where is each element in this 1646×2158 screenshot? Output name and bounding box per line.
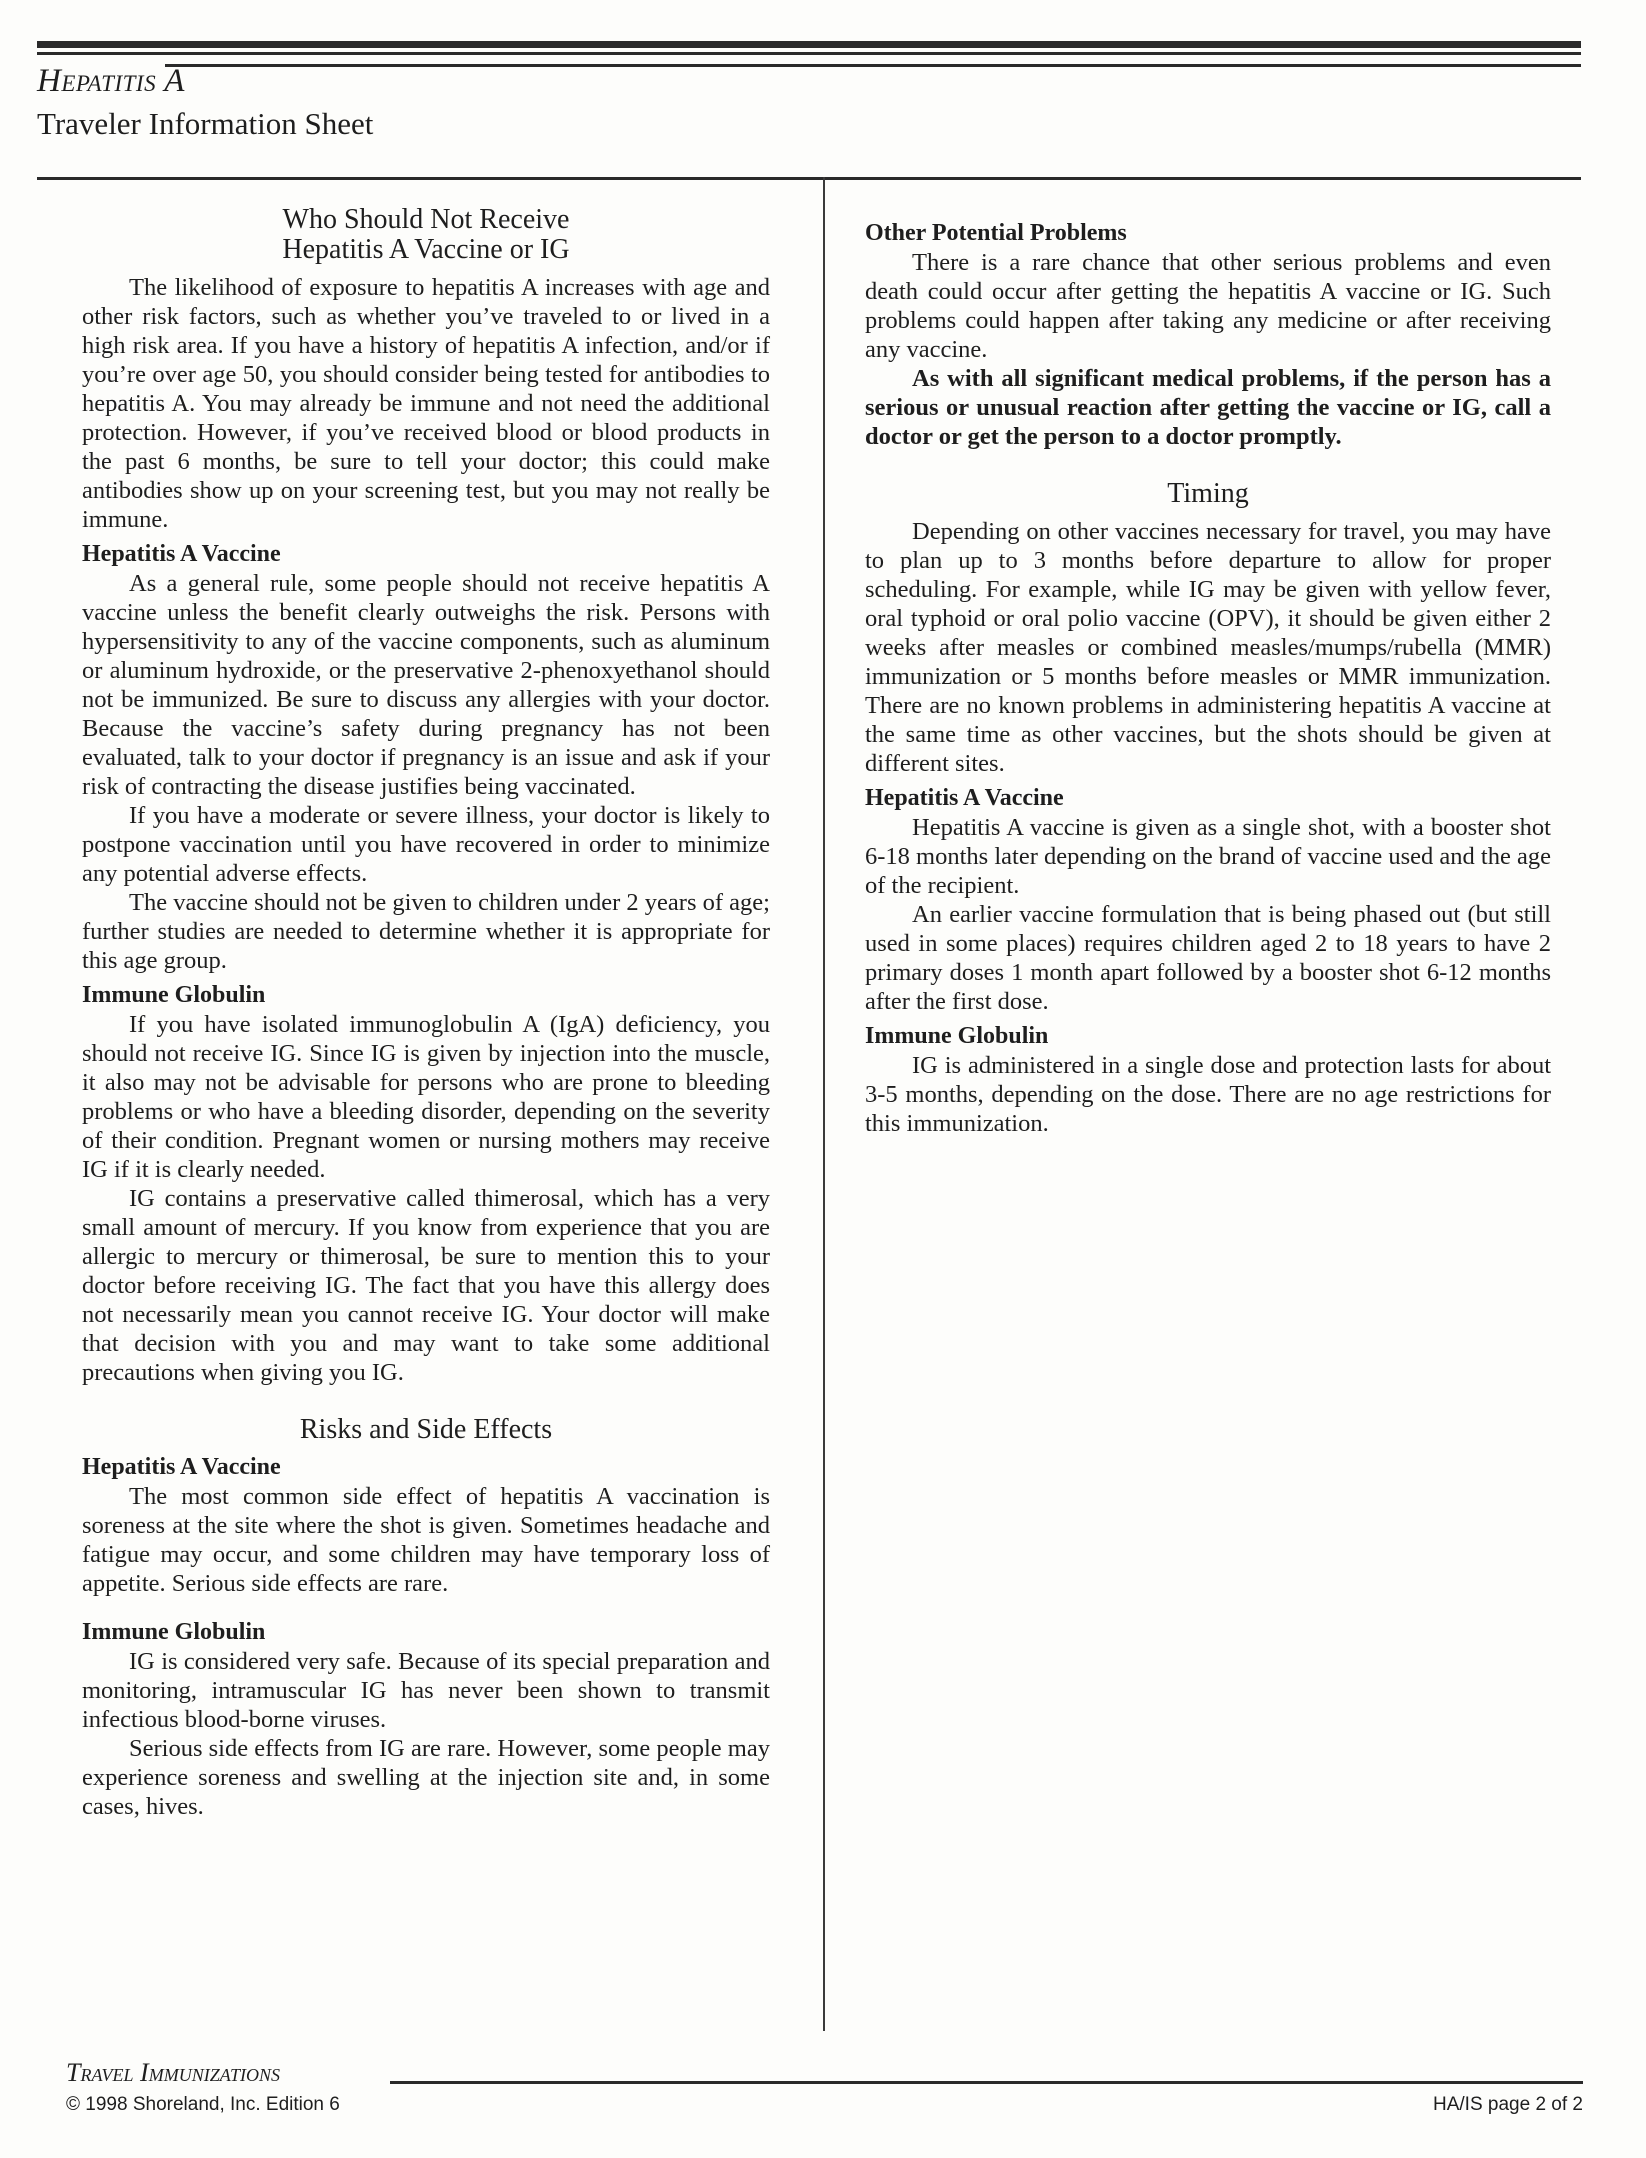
paragraph: The most common side effect of hepatitis… xyxy=(82,1482,770,1598)
subheading-hepatitis-a-vaccine: Hepatitis A Vaccine xyxy=(865,784,1551,813)
paragraph: An earlier vaccine formulation that is b… xyxy=(865,900,1551,1016)
left-column: Who Should Not Receive Hepatitis A Vacci… xyxy=(82,205,770,1821)
section-title-line2: Hepatitis A Vaccine or IG xyxy=(282,234,569,265)
header-rule-title xyxy=(165,64,1581,67)
paragraph: If you have a moderate or severe illness… xyxy=(82,801,770,888)
paragraph: If you have isolated immunoglobulin A (I… xyxy=(82,1010,770,1184)
paragraph: Serious side effects from IG are rare. H… xyxy=(82,1734,770,1821)
paragraph: IG contains a preservative called thimer… xyxy=(82,1184,770,1387)
column-divider xyxy=(823,177,825,2031)
right-column: Other Potential Problems There is a rare… xyxy=(865,205,1551,1138)
section-title-risks: Risks and Side Effects xyxy=(82,1415,770,1445)
paragraph: IG is considered very safe. Because of i… xyxy=(82,1647,770,1734)
subheading-immune-globulin: Immune Globulin xyxy=(82,981,770,1010)
paragraph: The vaccine should not be given to child… xyxy=(82,888,770,975)
paragraph: Hepatitis A vaccine is given as a single… xyxy=(865,813,1551,900)
warning-paragraph: As with all significant medical problems… xyxy=(865,364,1551,451)
footer-rule xyxy=(390,2081,1583,2084)
paragraph: As a general rule, some people should no… xyxy=(82,569,770,801)
subheading-other-potential-problems: Other Potential Problems xyxy=(865,219,1551,248)
footer-copyright: © 1998 Shoreland, Inc. Edition 6 xyxy=(66,2094,340,2116)
document-title: Hepatitis A xyxy=(37,63,185,100)
paragraph: There is a rare chance that other seriou… xyxy=(865,248,1551,364)
section-title-who-should-not-receive: Who Should Not Receive Hepatitis A Vacci… xyxy=(82,205,770,265)
section-title-line1: Who Should Not Receive xyxy=(283,204,570,235)
subheading-immune-globulin: Immune Globulin xyxy=(82,1618,770,1647)
paragraph: IG is administered in a single dose and … xyxy=(865,1051,1551,1138)
header-rule-thick xyxy=(37,41,1581,48)
intro-paragraph: The likelihood of exposure to hepatitis … xyxy=(82,273,770,534)
footer-page-number: HA/IS page 2 of 2 xyxy=(1433,2094,1583,2116)
footer-brand: Travel Immunizations xyxy=(66,2058,280,2088)
subheading-hepatitis-a-vaccine: Hepatitis A Vaccine xyxy=(82,540,770,569)
paragraph: Depending on other vaccines necessary fo… xyxy=(865,517,1551,778)
document-subtitle: Traveler Information Sheet xyxy=(37,106,373,142)
header-rule-thin xyxy=(37,52,1581,55)
section-title-timing: Timing xyxy=(865,479,1551,509)
subheading-hepatitis-a-vaccine: Hepatitis A Vaccine xyxy=(82,1453,770,1482)
subheading-immune-globulin: Immune Globulin xyxy=(865,1022,1551,1051)
header-rule-bottom xyxy=(37,177,1581,180)
